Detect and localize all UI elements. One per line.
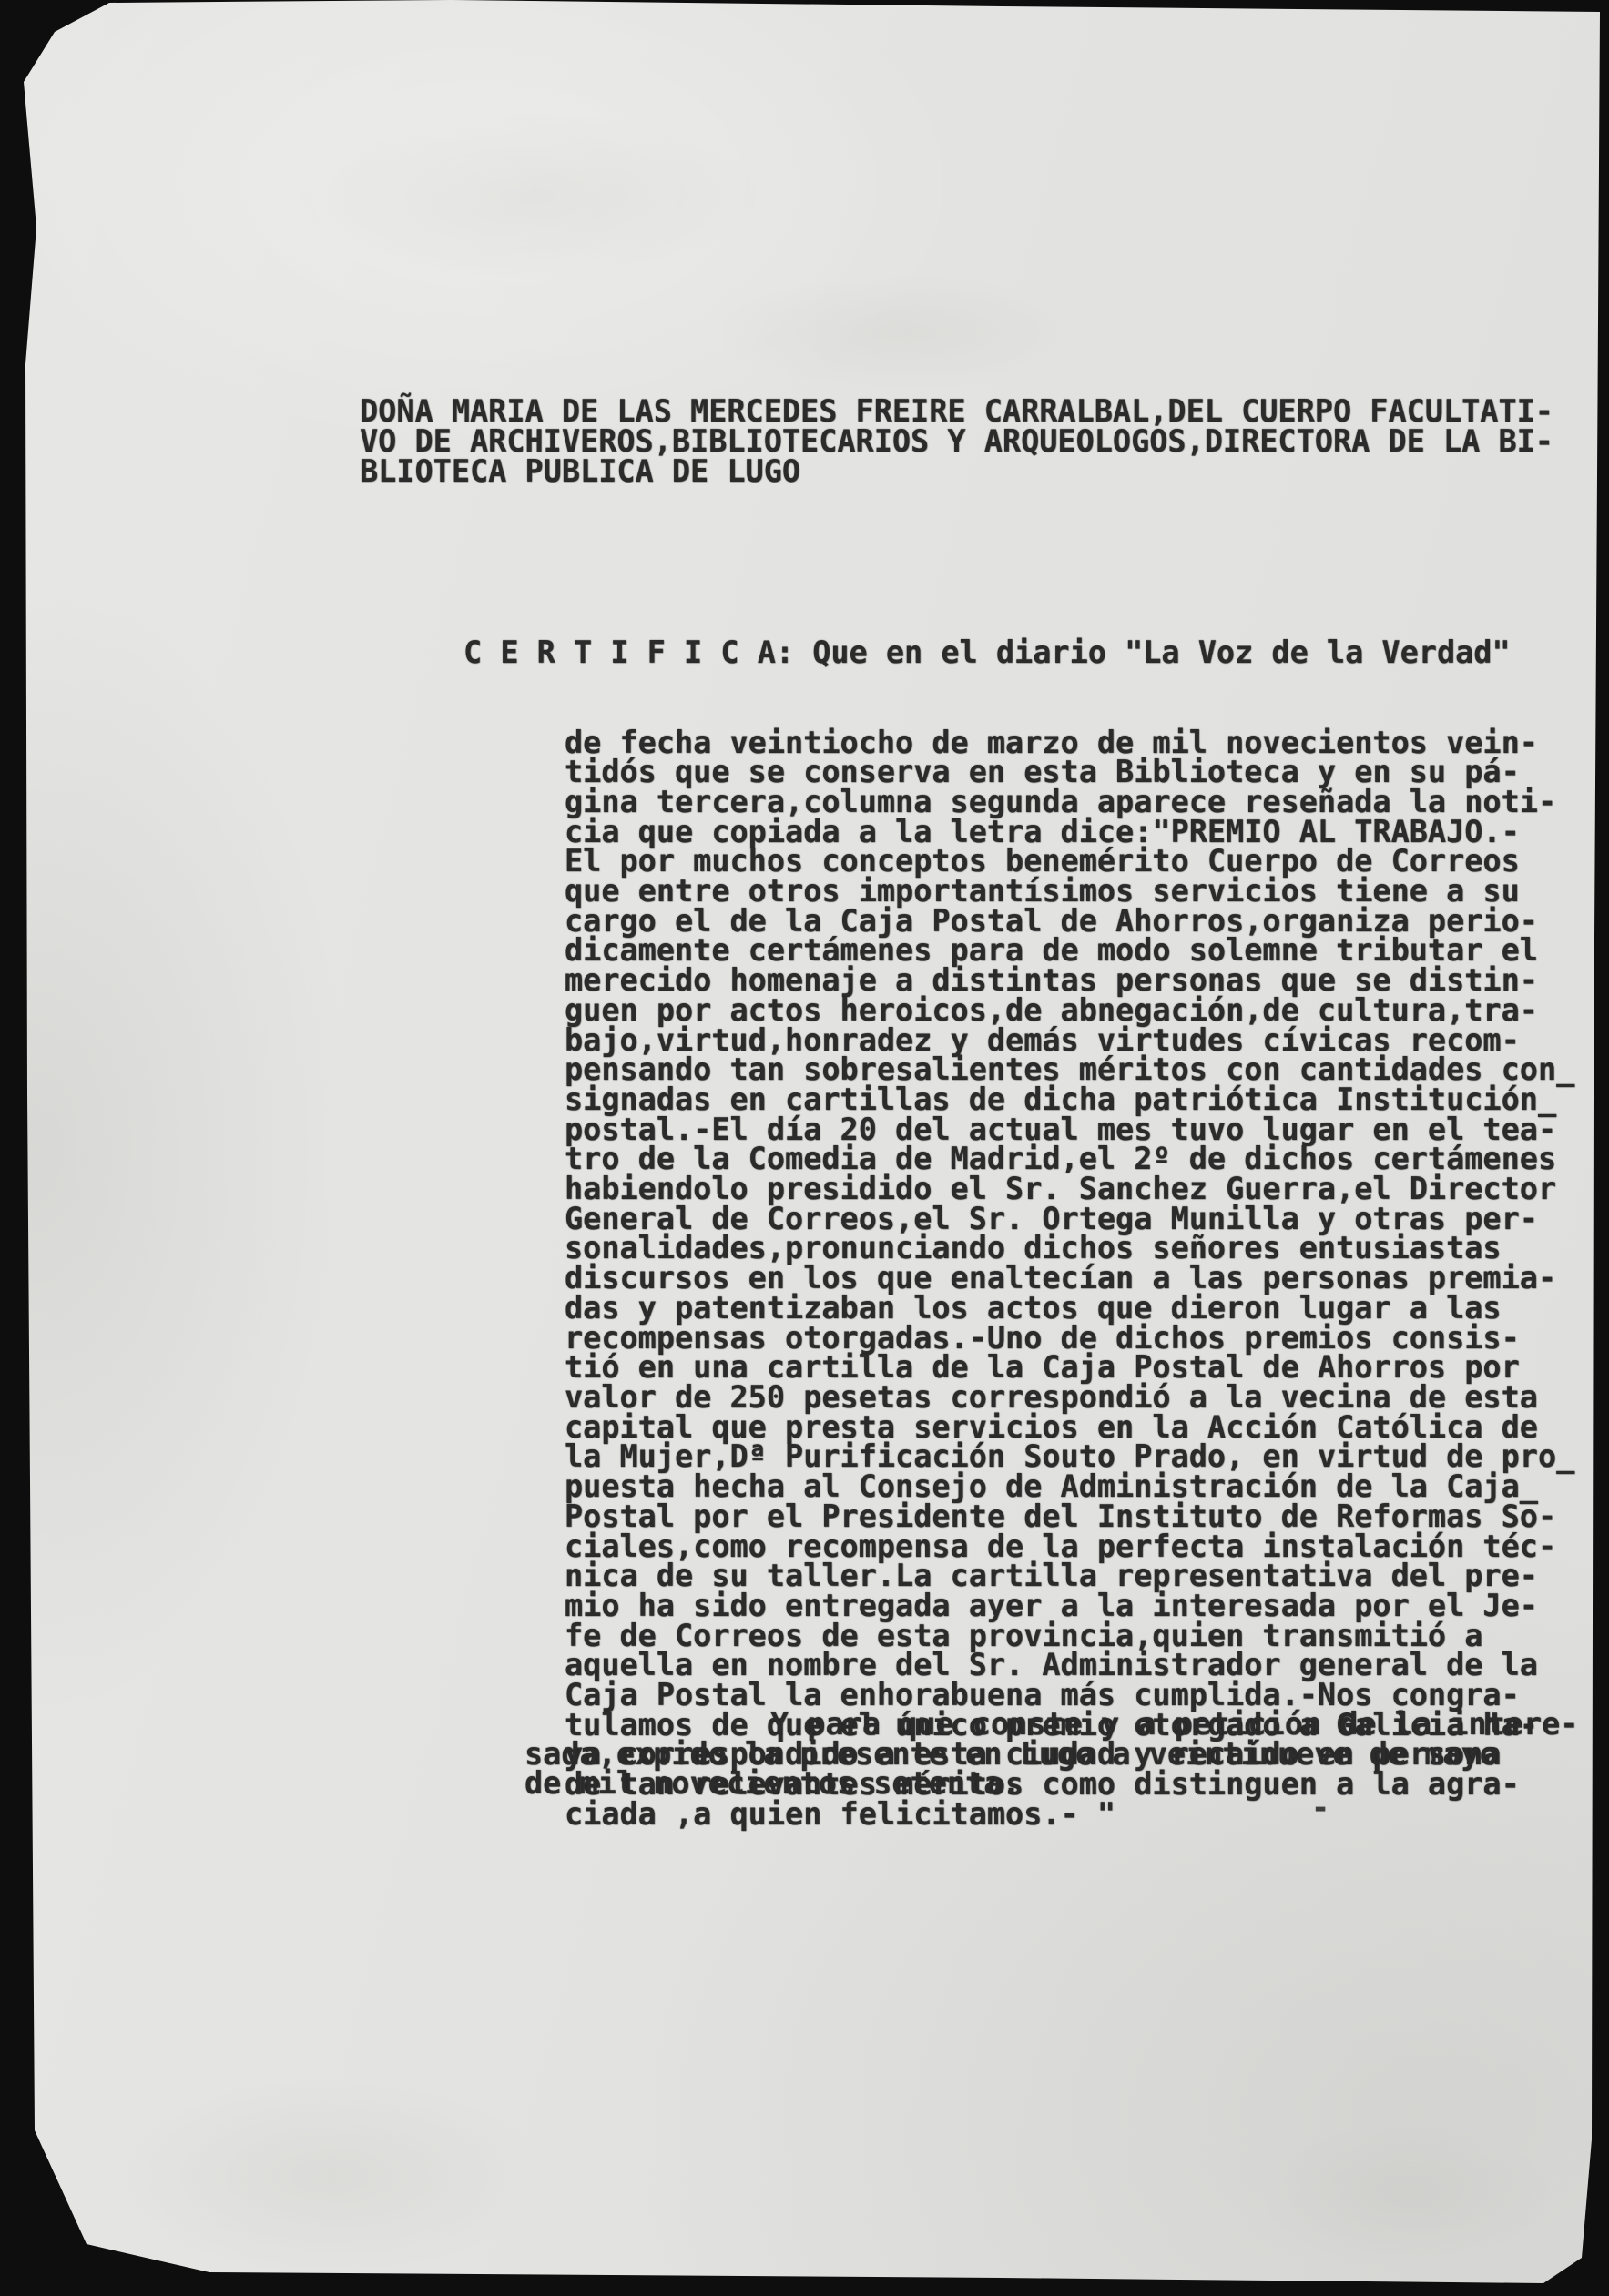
certificate-line: valor de 250 pesetas correspondió a la v… bbox=[565, 1383, 1574, 1413]
certificate-line: merecido homenaje a distintas personas q… bbox=[565, 966, 1574, 996]
certificate-line: Postal por el Presidente del Instituto d… bbox=[565, 1502, 1574, 1532]
certificate-line: nica de su taller.La cartilla representa… bbox=[565, 1561, 1574, 1591]
paper-stain bbox=[109, 2076, 546, 2276]
certificate-line: guen por actos heroicos,de abnegación,de… bbox=[565, 996, 1574, 1026]
certificate-line: mio ha sido entregada ayer a la interesa… bbox=[565, 1591, 1574, 1621]
heading-line: DOÑA MARIA DE LAS MERCEDES FREIRE CARRAL… bbox=[360, 396, 1553, 426]
closing-line: de mil novecientos setenta. bbox=[524, 1769, 1578, 1799]
certificate-body: C E R T I F I C A: Que en el diario "La … bbox=[565, 579, 1574, 1889]
certificate-line: que entre otros importantísimos servicio… bbox=[565, 877, 1574, 907]
certificate-line: das y patentizaban los actos que dieron … bbox=[565, 1294, 1574, 1324]
paper-stain bbox=[710, 273, 1093, 391]
paper-stain bbox=[1257, 2121, 1557, 2267]
certificate-line: discursos en los que enaltecían a las pe… bbox=[565, 1264, 1574, 1294]
document-page: DOÑA MARIA DE LAS MERCEDES FREIRE CARRAL… bbox=[0, 0, 1609, 2296]
closing-paragraph: Y para que conste y a petición de la int… bbox=[524, 1710, 1578, 1799]
certifica-first-line: C E R T I F I C A: Que en el diario "La … bbox=[565, 638, 1574, 668]
heading-line: BLIOTECA PUBLICA DE LUGO bbox=[360, 456, 1553, 486]
certificate-line: habiendolo presidido el Sr. Sanchez Guer… bbox=[565, 1174, 1574, 1204]
heading-line: VO DE ARCHIVEROS,BIBLIOTECARIOS Y ARQUEO… bbox=[360, 426, 1553, 456]
closing-line: Y para que conste y a petición de la int… bbox=[524, 1710, 1578, 1740]
certificate-line: gina tercera,columna segunda aparece res… bbox=[565, 787, 1574, 818]
photo-background: DOÑA MARIA DE LAS MERCEDES FREIRE CARRAL… bbox=[0, 0, 1609, 2296]
paper-stain bbox=[291, 109, 765, 282]
certificate-line: ciada ,a quien felicitamos.- " bbox=[565, 1800, 1574, 1830]
certificate-line: puesta hecha al Consejo de Administració… bbox=[565, 1472, 1574, 1502]
document-heading: DOÑA MARIA DE LAS MERCEDES FREIRE CARRAL… bbox=[360, 396, 1553, 487]
certificate-line: signadas en cartillas de dicha patriótic… bbox=[565, 1085, 1574, 1115]
certificate-lines: de fecha veintiocho de marzo de mil nove… bbox=[565, 728, 1574, 1830]
stray-pen-mark: - bbox=[1311, 1790, 1329, 1825]
